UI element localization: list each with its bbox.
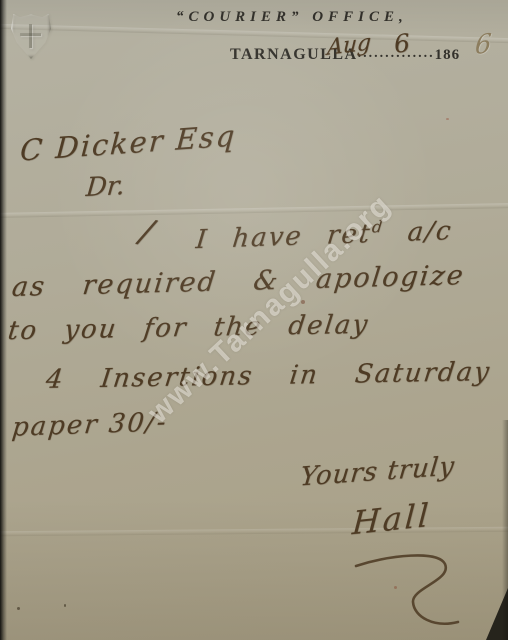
watermark-overlay: www.Tarnagulla.org: [125, 172, 414, 445]
paragraph-mark: /: [136, 211, 157, 253]
recipient-name: C Dicker Esq: [19, 118, 237, 167]
paper-speck: [446, 118, 449, 120]
photo-edge-left: [0, 0, 7, 640]
crest-monogram: [20, 33, 41, 36]
body-line-1-text: I have ret: [194, 219, 372, 255]
crest-monogram: [29, 24, 32, 48]
body-line-1: I have retd a/c: [194, 214, 454, 255]
handwritten-day: 6: [393, 28, 411, 58]
photo-corner-shadow: [486, 588, 508, 640]
body-line-3: to you for the delay: [6, 310, 371, 346]
printed-year-prefix: 186: [435, 47, 461, 63]
body-line-2: as required & apologize: [10, 260, 466, 303]
embossed-shield-crest-icon: [11, 13, 51, 59]
valediction: Yours truly: [299, 451, 457, 492]
paper-crease: [0, 527, 508, 537]
body-line-4: 4 Insertions in Saturday: [44, 357, 492, 395]
signature-flourish-icon: [352, 552, 470, 634]
paper-speck: [301, 300, 305, 304]
paper-crease: [0, 24, 508, 44]
body-line-5: paper 30/-: [10, 407, 169, 443]
letter-photograph: “COURIER” OFFICE, TARNAGULLA............…: [0, 0, 508, 640]
signature: Hall: [351, 496, 433, 543]
letterhead-office-line: “COURIER” OFFICE,: [176, 9, 408, 26]
paper-speck: [17, 607, 20, 610]
debit-abbreviation: Dr.: [85, 171, 126, 203]
paper-speck: [394, 586, 397, 589]
paper-speck: [64, 604, 66, 607]
body-line-1-tail: a/c: [382, 216, 454, 249]
handwritten-year-digit: 6: [474, 29, 493, 62]
